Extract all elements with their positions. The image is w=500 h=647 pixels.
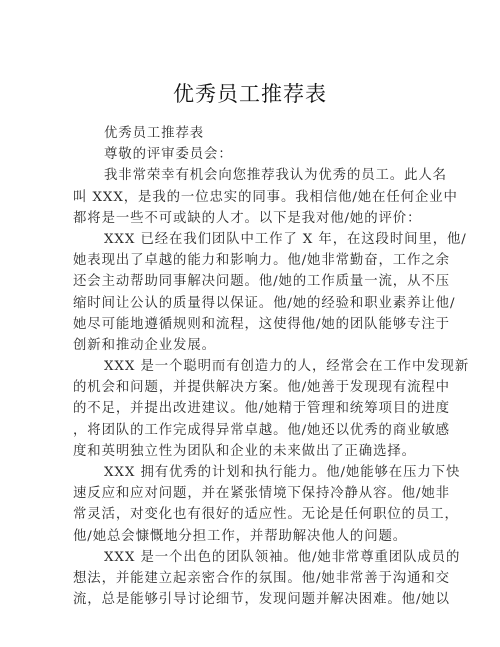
text-line: 的不足，并提出改进建议。他/她精于管理和统筹项目的进度 (73, 398, 427, 419)
text-line: ，将团队的工作完成得异常卓越。他/她还以优秀的商业敏感 (73, 420, 427, 441)
text-line: 常灵活，对变化也有很好的适应性。无论是任何职位的员工， (73, 504, 427, 525)
document-title: 优秀员工推荐表 (0, 78, 500, 108)
text-line: 她尽可能地遵循规则和流程，这使得他/她的团队能够专注于 (73, 314, 427, 335)
text-line: 尊敬的评审委员会： (73, 144, 427, 165)
text-line: 他/她总会慷慨地分担工作，并帮助解决他人的问题。 (73, 526, 427, 547)
text-line: XXX 拥有优秀的计划和执行能力。他/她能够在压力下快 (73, 462, 427, 483)
text-line: XXX 是一个聪明而有创造力的人，经常会在工作中发现新 (73, 356, 427, 377)
text-line: 度和英明独立性为团队和企业的未来做出了正确选择。 (73, 441, 427, 462)
text-line: 缩时间让公认的质量得以保证。他/她的经验和职业素养让他/ (73, 293, 427, 314)
text-line: 想法，并能建立起亲密合作的氛围。他/她非常善于沟通和交 (73, 568, 427, 589)
text-line: 叫 XXX，是我的一位忠实的同事。我相信他/她在任何企业中 (73, 187, 427, 208)
text-line: XXX 已经在我们团队中工作了 X 年，在这段时间里，他/ (73, 229, 427, 250)
text-line: 流，总是能够引导讨论细节，发现问题并解决困难。他/她以 (73, 589, 427, 610)
text-line: 还会主动帮助同事解决问题。他/她的工作质量一流，从不压 (73, 271, 427, 292)
text-line: 优秀员工推荐表 (73, 123, 427, 144)
text-line: 都将是一些不可或缺的人才。以下是我对他/她的评价： (73, 208, 427, 229)
text-line: 创新和推动企业发展。 (73, 335, 427, 356)
document-body: 优秀员工推荐表 尊敬的评审委员会： 我非常荣幸有机会向您推荐我认为优秀的员工。此… (73, 123, 427, 610)
text-line: XXX 是一个出色的团队领袖。他/她非常尊重团队成员的 (73, 547, 427, 568)
text-line: 的机会和问题，并提供解决方案。他/她善于发现现有流程中 (73, 377, 427, 398)
text-line: 速反应和应对问题，并在紧张情境下保持冷静从容。他/她非 (73, 483, 427, 504)
text-line: 她表现出了卓越的能力和影响力。他/她非常勤奋，工作之余 (73, 250, 427, 271)
text-line: 我非常荣幸有机会向您推荐我认为优秀的员工。此人名 (73, 165, 427, 186)
